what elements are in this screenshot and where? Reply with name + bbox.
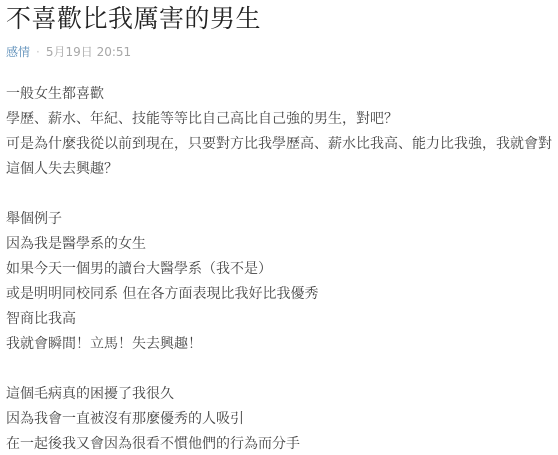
blank-line xyxy=(6,357,556,382)
content-line: 因為我是醫學系的女生 xyxy=(6,232,556,257)
post: 不喜歡比我厲害的男生 感情·5月19日 20:51 一般女生都喜歡 學歷、薪水、… xyxy=(6,0,556,455)
content-line: 舉個例子 xyxy=(6,207,556,232)
content-line: 學歷、薪水、年紀、技能等等比自己高比自己強的男生，對吧？ xyxy=(6,107,556,132)
meta-separator: · xyxy=(36,43,40,61)
content-line: 在一起後我又會因為很看不慣他們的行為而分手 xyxy=(6,432,556,455)
content-line: 這個毛病真的困擾了我很久 xyxy=(6,382,556,407)
post-meta: 感情·5月19日 20:51 xyxy=(6,43,556,61)
paragraph: 一般女生都喜歡 學歷、薪水、年紀、技能等等比自己高比自己強的男生，對吧？ 可是為… xyxy=(6,82,556,182)
post-timestamp: 5月19日 20:51 xyxy=(46,45,131,59)
content-line: 如果今天一個男的讀台大醫學系（我不是） xyxy=(6,257,556,282)
content-line: 我就會瞬間！立馬！失去興趣！ xyxy=(6,332,556,357)
blank-line xyxy=(6,182,556,207)
content-line: 智商比我高 xyxy=(6,307,556,332)
content-line: 可是為什麼我從以前到現在，只要對方比我學歷高、薪水比我高、能力比我強，我就會對這… xyxy=(6,132,554,182)
content-line: 因為我會一直被沒有那麼優秀的人吸引 xyxy=(6,407,556,432)
post-content: 一般女生都喜歡 學歷、薪水、年紀、技能等等比自己高比自己強的男生，對吧？ 可是為… xyxy=(6,82,556,455)
post-title: 不喜歡比我厲害的男生 xyxy=(6,0,556,35)
paragraph: 這個毛病真的困擾了我很久 因為我會一直被沒有那麼優秀的人吸引 在一起後我又會因為… xyxy=(6,382,556,455)
content-line: 或是明明同校同系 但在各方面表現比我好比我優秀 xyxy=(6,282,556,307)
paragraph: 舉個例子 因為我是醫學系的女生 如果今天一個男的讀台大醫學系（我不是） 或是明明… xyxy=(6,207,556,357)
category-link[interactable]: 感情 xyxy=(6,45,30,59)
content-line: 一般女生都喜歡 xyxy=(6,82,556,107)
